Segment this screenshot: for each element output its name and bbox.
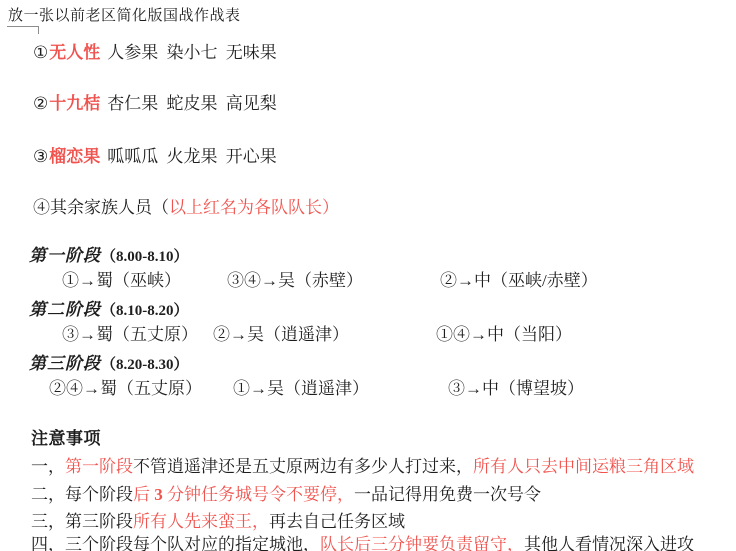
team-members: 杏仁果 蛇皮果 高见梨	[107, 94, 277, 113]
team-number: ①	[33, 43, 48, 62]
stage-1-move-2: ③④→吴（赤壁）	[227, 266, 363, 291]
note-text-red: 所有人先来蛮王，	[133, 512, 269, 531]
notes-heading: 注意事项	[31, 424, 101, 449]
note-text: 再去自己任务区域	[269, 512, 405, 531]
outline-fold-marker	[7, 26, 39, 34]
document-title: 放一张以前老区简化版国战作战表	[8, 4, 241, 25]
stage-1-move-3: ②→中（巫峡/赤壁）	[440, 266, 598, 291]
team-leader-name: 无人性	[49, 43, 100, 62]
note-text: 一品记得用免费一次号令	[354, 485, 541, 504]
stage-2-move-2: ②→吴（逍遥津）	[213, 320, 349, 345]
team-leader-name: 榴恋果	[49, 147, 100, 166]
team-members: 人参果 染小七 无味果	[107, 43, 277, 62]
note-text: 一，	[31, 457, 65, 476]
note-line-2: 二，每个阶段后 3 分钟任务城号令不要停，一品记得用免费一次号令	[31, 480, 541, 505]
note-line-3: 三，第三阶段所有人先来蛮王，再去自己任务区域	[31, 507, 405, 532]
team-row-1: ①无人性人参果 染小七 无味果	[33, 38, 277, 63]
leaders-note: 以上红名为各队队长）	[169, 198, 339, 217]
note-line-4: 四，三个阶段每个队对应的指定城池，队长后三分钟要负责留守，其他人看情况深入进攻	[31, 530, 694, 551]
stage-3-move-2: ①→吴（逍遥津）	[233, 374, 369, 399]
team-number: ②	[33, 94, 48, 113]
stage-2-move-3: ①④→中（当阳）	[436, 320, 572, 345]
paren-open: （	[152, 198, 169, 217]
stage-3-move-3: ③→中（博望坡）	[448, 374, 584, 399]
note-text: 其他人看情况深入进攻	[524, 535, 694, 551]
team-row-other: ④其余家族人员（以上红名为各队队长）	[33, 193, 339, 218]
team-row-3: ③榴恋果呱呱瓜 火龙果 开心果	[33, 142, 277, 167]
note-text: 三，第三阶段	[31, 512, 133, 531]
stage-name: 第二阶段	[29, 300, 101, 319]
note-text: 二，每个阶段	[31, 485, 133, 504]
stage-2-move-1: ③→蜀（五丈原）	[62, 320, 198, 345]
team-members: 呱呱瓜 火龙果 开心果	[107, 147, 277, 166]
stage-time: （8.20-8.30）	[101, 357, 189, 373]
note-text-red: 分钟任务城号令不要停，	[163, 485, 354, 504]
team-leader-name: 十九桔	[49, 94, 100, 113]
note-text-red-bold: 3	[154, 485, 163, 504]
document-page[interactable]: 放一张以前老区简化版国战作战表 ①无人性人参果 染小七 无味果 ②十九桔杏仁果 …	[0, 0, 736, 551]
stage-name: 第一阶段	[29, 246, 101, 265]
stage-1-header: 第一阶段（8.00-8.10）	[29, 241, 189, 266]
note-text: 不管逍遥津还是五丈原两边有多少人打过来，	[133, 457, 473, 476]
note-text-red: 队长后三分钟要负责留守，	[320, 535, 524, 551]
team-number: ④	[33, 198, 50, 217]
note-text-red: 所有人只去中间运粮三角区域	[473, 457, 694, 476]
stage-1-move-1: ①→蜀（巫峡）	[62, 266, 181, 291]
stage-time: （8.10-8.20）	[101, 303, 189, 319]
stage-3-header: 第三阶段（8.20-8.30）	[29, 349, 189, 374]
stage-name: 第三阶段	[29, 354, 101, 373]
note-text: 四，三个阶段每个队对应的指定城池，	[31, 535, 320, 551]
team-other-text: 其余家族人员	[50, 198, 152, 217]
stage-3-move-1: ②④→蜀（五丈原）	[49, 374, 202, 399]
stage-time: （8.00-8.10）	[101, 249, 189, 265]
note-text-red: 后	[133, 485, 154, 504]
team-row-2: ②十九桔杏仁果 蛇皮果 高见梨	[33, 89, 277, 114]
note-text-red: 第一阶段	[65, 457, 133, 476]
stage-2-header: 第二阶段（8.10-8.20）	[29, 295, 189, 320]
team-number: ③	[33, 147, 48, 166]
note-line-1: 一，第一阶段不管逍遥津还是五丈原两边有多少人打过来，所有人只去中间运粮三角区域	[31, 452, 694, 477]
